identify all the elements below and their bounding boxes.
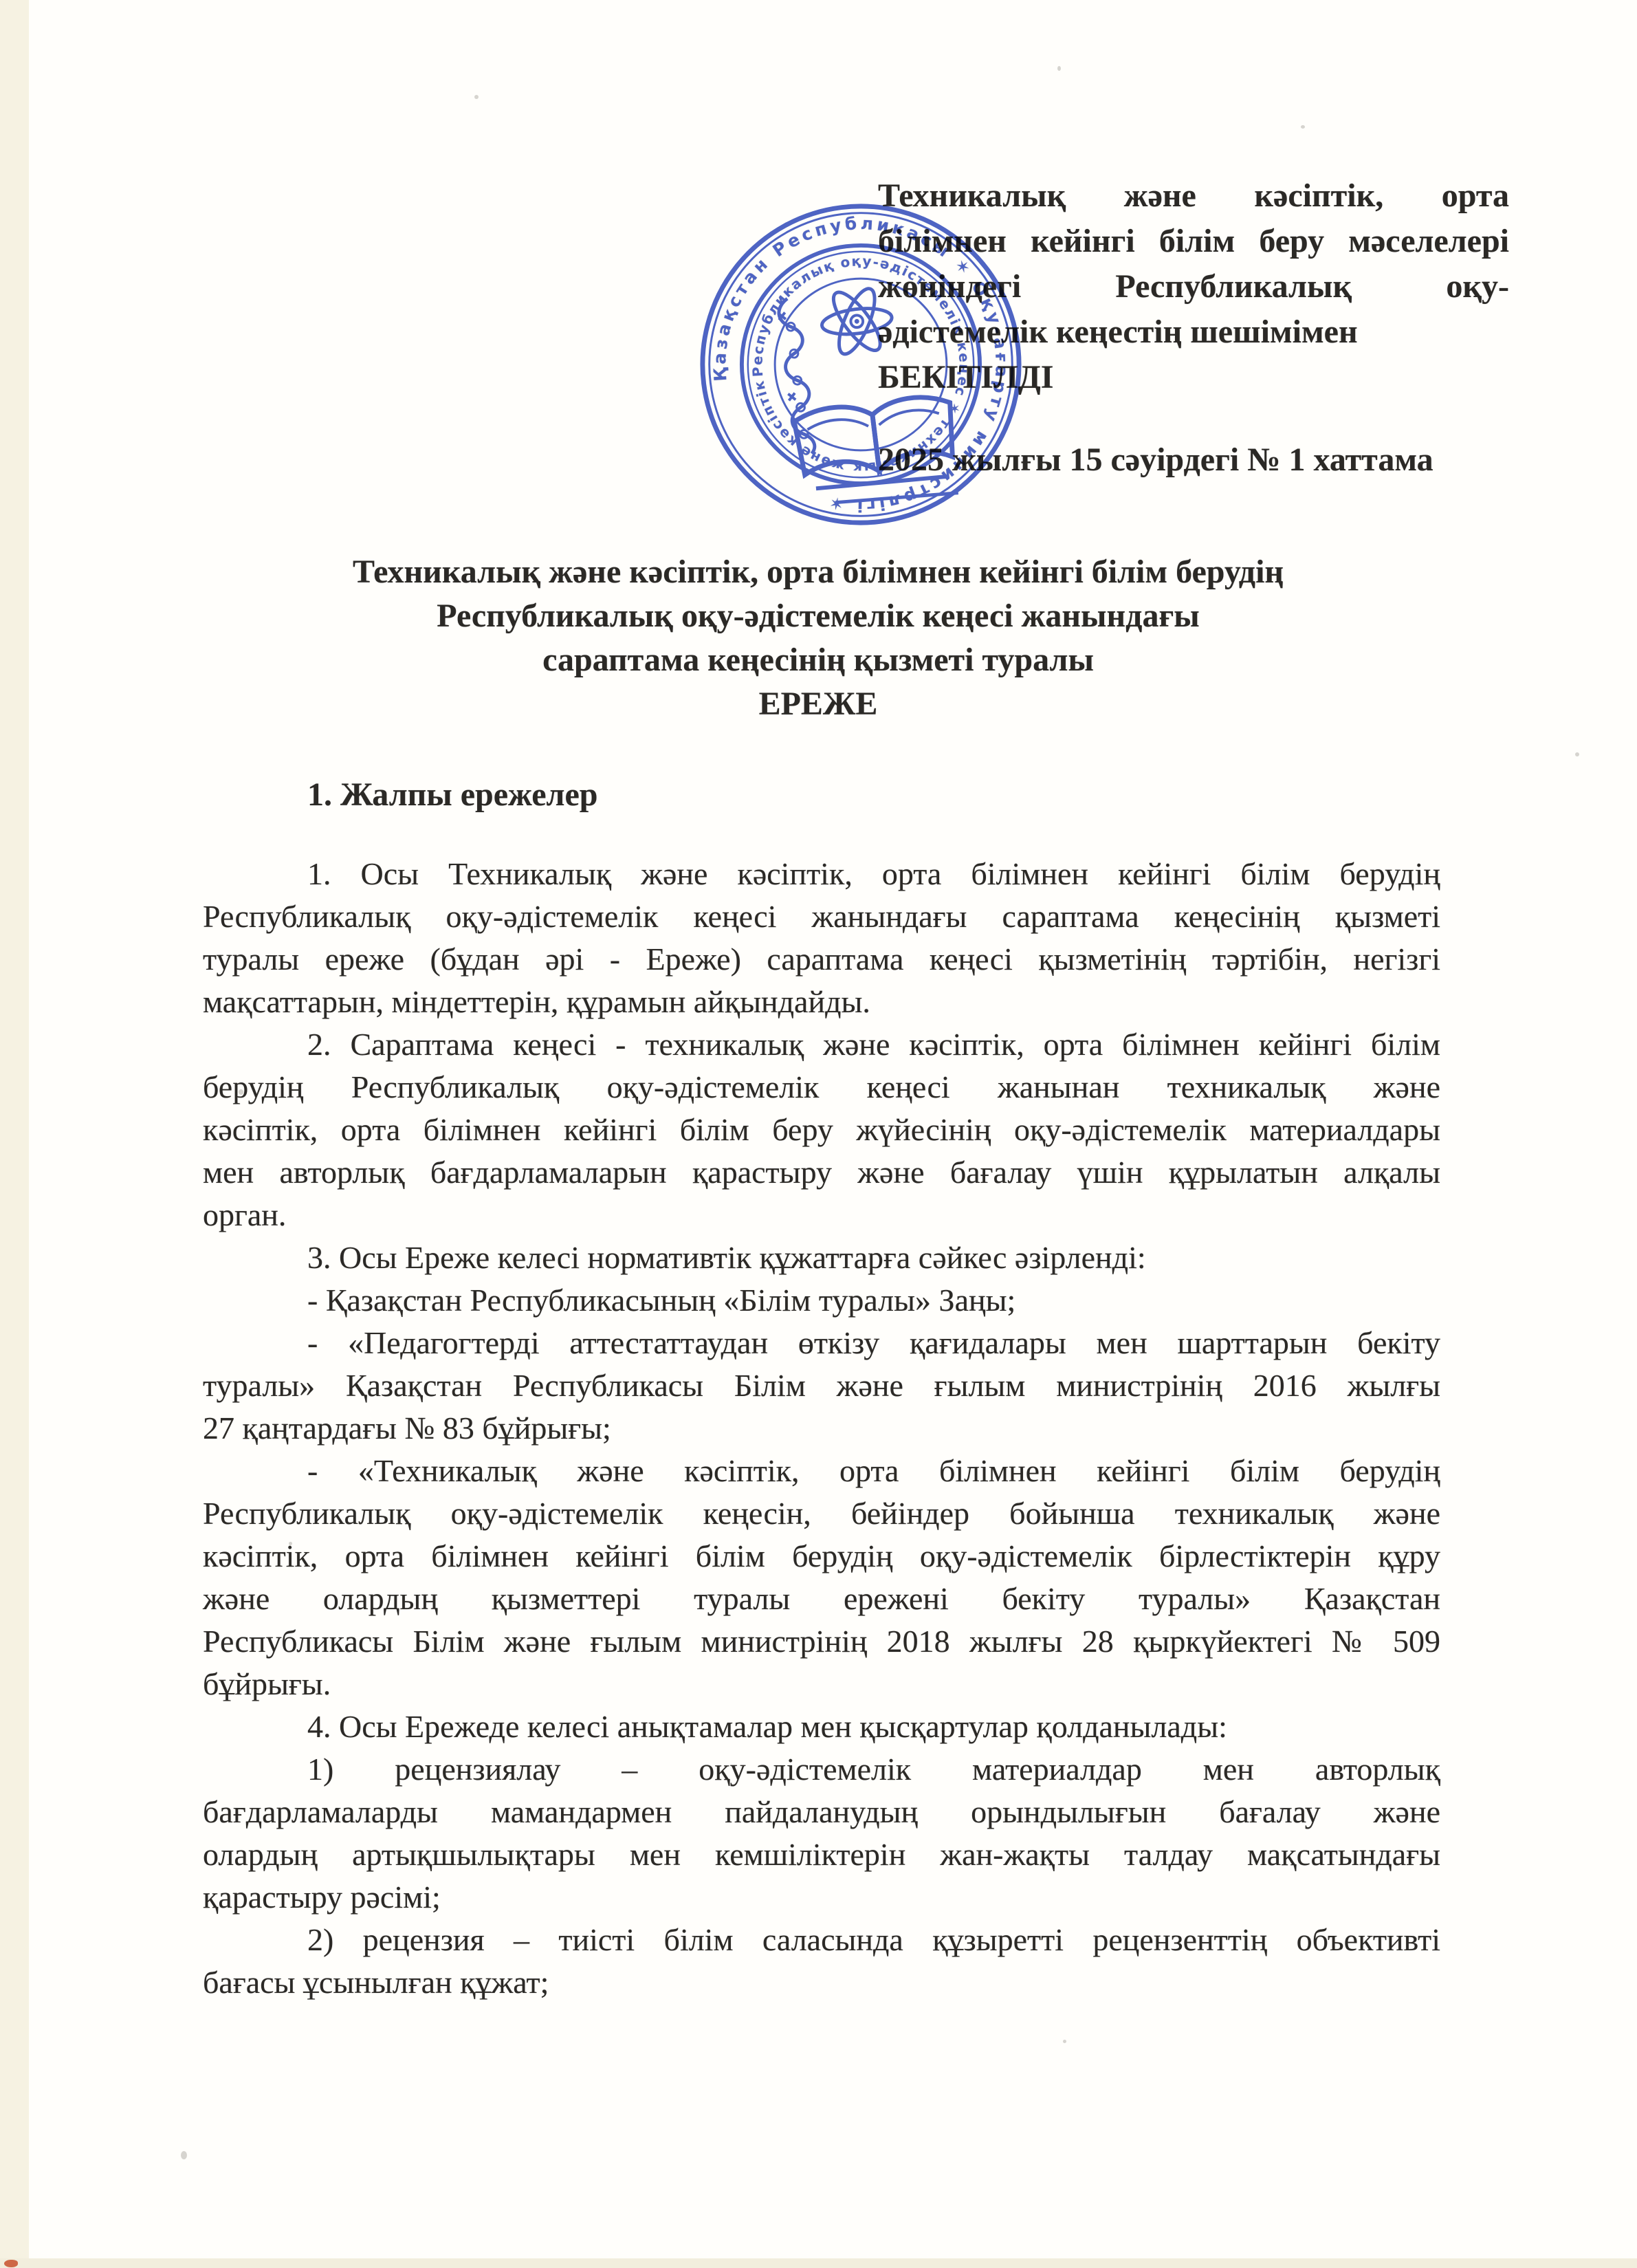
atom-icon [817, 281, 896, 362]
paragraph-line: мен авторлық бағдарламаларын қарастыру ж… [203, 1151, 1440, 1194]
scanned-document-page: Техникалық және кәсіптік, орта білімнен … [0, 0, 1637, 2268]
paragraph: - «Техникалық және кәсіптік, орта білімн… [203, 1450, 1440, 1705]
document-title-block: Техникалық және кәсіптік, орта білімнен … [199, 550, 1437, 726]
title-line: ЕРЕЖЕ [199, 682, 1437, 726]
paragraph-line: және олардың қызметтері туралы ережені б… [203, 1578, 1440, 1620]
paragraph-line: 2. Сараптама кеңесі - техникалық және кә… [203, 1023, 1440, 1066]
scan-speck [1575, 752, 1579, 756]
paragraph: 1) рецензиялау – оқу-әдістемелік материа… [203, 1748, 1440, 1919]
paragraph-line: - «Техникалық және кәсіптік, орта білімн… [203, 1450, 1440, 1492]
paragraph-line: кәсіптік, орта білімнен кейінгі білім бе… [203, 1535, 1440, 1578]
paragraph-line: Республикасы Білім және ғылым министріні… [203, 1620, 1440, 1663]
paragraph-line: 1) рецензиялау – оқу-әдістемелік материа… [203, 1748, 1440, 1791]
paragraph-line: олардың артықшылықтары мен кемшіліктерін… [203, 1833, 1440, 1876]
paragraph-line: 1. Осы Техникалық және кәсіптік, орта бі… [203, 853, 1440, 895]
scan-artifact-red-mark [4, 2260, 18, 2267]
title-line: сараптама кеңесінің қызметі туралы [199, 638, 1437, 682]
stamp-middle-circle-inner-line [735, 239, 987, 490]
scan-speck [1063, 2040, 1066, 2043]
title-line: Техникалық және кәсіптік, орта білімнен … [199, 550, 1437, 594]
paragraph-line: мақсаттарын, міндеттерін, құрамын айқынд… [203, 981, 1440, 1023]
paragraph: 2. Сараптама кеңесі - техникалық және кә… [203, 1023, 1440, 1236]
paragraph-line: - Қазақстан Республикасының «Білім турал… [203, 1279, 1440, 1322]
body-text: 1. Осы Техникалық және кәсіптік, орта бі… [203, 853, 1440, 2004]
stamp-outer-circle [685, 188, 1037, 541]
paragraph-line: Республикалық оқу-әдістемелік кеңесі жан… [203, 895, 1440, 938]
paragraph-line: туралы ереже (бұдан әрі - Ереже) сарапта… [203, 938, 1440, 981]
scan-edge-bottom [0, 2258, 1637, 2268]
paragraph-line: бағдарламаларды мамандармен пайдаланудың… [203, 1791, 1440, 1833]
paragraph-line: 4. Осы Ережеде келесі анықтамалар мен қы… [203, 1705, 1440, 1748]
paragraph-line: бағасы ұсынылған құжат; [203, 1961, 1440, 2004]
scan-speck [474, 95, 479, 99]
paragraph-line: кәсіптік, орта білімнен кейінгі білім бе… [203, 1109, 1440, 1151]
paragraph: 2) рецензия – тиісті білім саласында құз… [203, 1919, 1440, 2004]
paragraph-line: 2) рецензия – тиісті білім саласында құз… [203, 1919, 1440, 1961]
official-stamp-seal: Қазақстан Республикасы ✶ Оқу-ағарту мини… [680, 184, 1042, 545]
paragraph-line: Республикалық оқу-әдістемелік кеңесін, б… [203, 1492, 1440, 1535]
scan-edge-left [0, 0, 29, 2268]
title-line: Республикалық оқу-әдістемелік кеңесі жан… [199, 594, 1437, 638]
paragraph: - Қазақстан Республикасының «Білім турал… [203, 1279, 1440, 1322]
paragraph-line: 27 қаңтардағы № 83 бұйрығы; [203, 1407, 1440, 1450]
paragraph-line: берудің Республикалық оқу-әдістемелік ке… [203, 1066, 1440, 1109]
scan-speck [181, 2151, 187, 2159]
scan-speck [1057, 66, 1061, 71]
paragraph: 3. Осы Ереже келесі нормативтік құжаттар… [203, 1236, 1440, 1279]
paragraph-line: орган. [203, 1194, 1440, 1236]
section-heading: 1. Жалпы ережелер [203, 776, 1440, 814]
paragraph-line: 3. Осы Ереже келесі нормативтік құжаттар… [203, 1236, 1440, 1279]
paragraph: 4. Осы Ережеде келесі анықтамалар мен қы… [203, 1705, 1440, 1748]
paragraph-line: туралы» Қазақстан Республикасы Білім жән… [203, 1364, 1440, 1407]
scan-speck [1301, 125, 1305, 129]
paragraph-line: бұйрығы. [203, 1663, 1440, 1705]
paragraph: 1. Осы Техникалық және кәсіптік, орта бі… [203, 853, 1440, 1023]
paragraph-line: қарастыру рәсімі; [203, 1876, 1440, 1919]
paragraph-line: - «Педагогтерді аттестаттаудан өткізу қа… [203, 1322, 1440, 1364]
paragraph: - «Педагогтерді аттестаттаудан өткізу қа… [203, 1322, 1440, 1450]
